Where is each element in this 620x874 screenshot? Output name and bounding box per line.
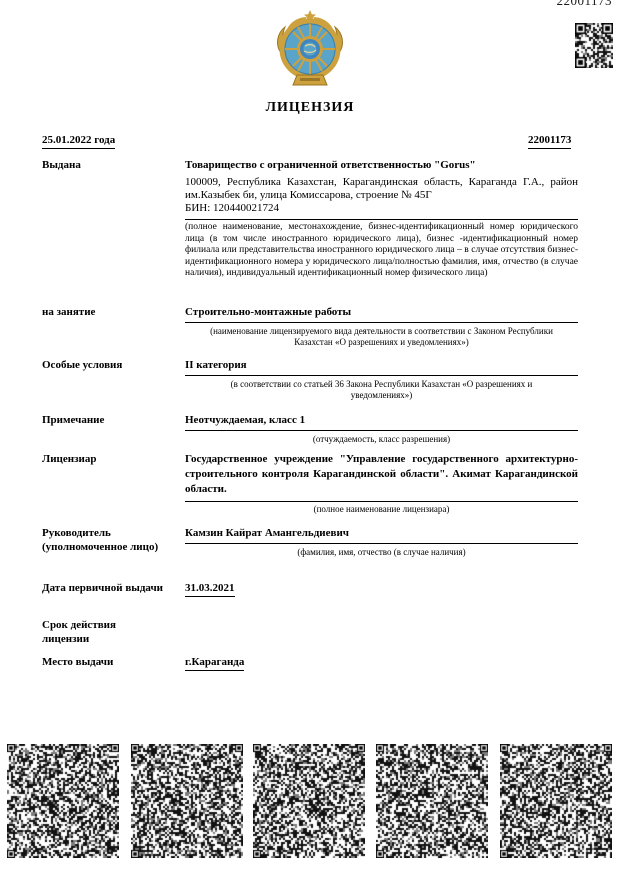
license-document-page: 22001173 — [0, 0, 620, 874]
date-number-row: 25.01.2022 года 22001173 — [0, 134, 620, 152]
field-value-block: г.Караганда — [185, 655, 578, 671]
field-value-block: 31.03.2021 — [185, 581, 578, 597]
rule-line — [185, 219, 578, 220]
rule-line — [185, 501, 578, 502]
special-conditions-value: II категория — [185, 358, 578, 376]
data-matrix-barcode-5 — [500, 744, 612, 858]
company-bin: БИН: 120440021724 — [185, 202, 578, 215]
field-label: Руководитель (уполномоченное лицо) — [42, 526, 185, 554]
data-matrix-barcode-1 — [7, 744, 119, 858]
field-caption: (полное наименование, местонахождение, б… — [185, 222, 578, 280]
data-matrix-barcode-3 — [253, 744, 365, 858]
field-label: на занятие — [42, 305, 185, 319]
field-caption: (полное наименование лицензиара) — [208, 504, 556, 515]
field-value-block: Строительно-монтажные работы (наименован… — [185, 305, 578, 348]
field-value-block: Товарищество с ограниченной ответственно… — [185, 158, 578, 280]
qr-code-icon — [575, 23, 613, 68]
field-label: Место выдачи — [42, 655, 185, 669]
field-label: Дата первичной выдачи — [42, 581, 185, 595]
field-label: Особые условия — [42, 358, 185, 372]
field-label: Примечание — [42, 413, 185, 427]
field-caption: (отчуждаемость, класс разрешения) — [208, 434, 556, 445]
place-value: г.Караганда — [185, 655, 244, 671]
kazakhstan-emblem-icon — [267, 9, 353, 89]
company-address: 100009, Республика Казахстан, Карагандин… — [185, 176, 578, 202]
licensor-value: Государственное учреждение "Управление г… — [185, 452, 578, 497]
field-caption: (фамилия, имя, отчество (в случае наличи… — [208, 547, 556, 558]
field-label: Срок действия лицензии — [42, 618, 150, 646]
data-matrix-barcode-4 — [376, 744, 488, 858]
field-value-block: Неотчуждаемая, класс 1 (отчуждаемость, к… — [185, 413, 578, 445]
field-value-block: Государственное учреждение "Управление г… — [185, 452, 578, 515]
field-value-block: II категория (в соответствии со статьей … — [185, 358, 578, 401]
data-matrix-barcode-2 — [131, 744, 243, 858]
field-value-block: Камзин Кайрат Амангельдиевич (фамилия, и… — [185, 526, 578, 558]
field-label: Лицензиар — [42, 452, 185, 466]
activity-value: Строительно-монтажные работы — [185, 305, 578, 323]
field-caption: (в соответствии со статьей 36 Закона Рес… — [208, 379, 556, 401]
company-name: Товарищество с ограниченной ответственно… — [185, 158, 578, 172]
first-issue-value: 31.03.2021 — [185, 581, 235, 597]
head-value: Камзин Кайрат Амангельдиевич — [185, 526, 578, 544]
document-title: ЛИЦЕНЗИЯ — [0, 100, 620, 116]
field-label: Выдана — [42, 158, 185, 172]
issue-date: 25.01.2022 года — [42, 134, 115, 149]
corner-document-number: 22001173 — [556, 0, 612, 9]
license-number: 22001173 — [528, 134, 571, 149]
field-caption: (наименование лицензируемого вида деятел… — [208, 326, 556, 348]
note-value: Неотчуждаемая, класс 1 — [185, 413, 578, 431]
